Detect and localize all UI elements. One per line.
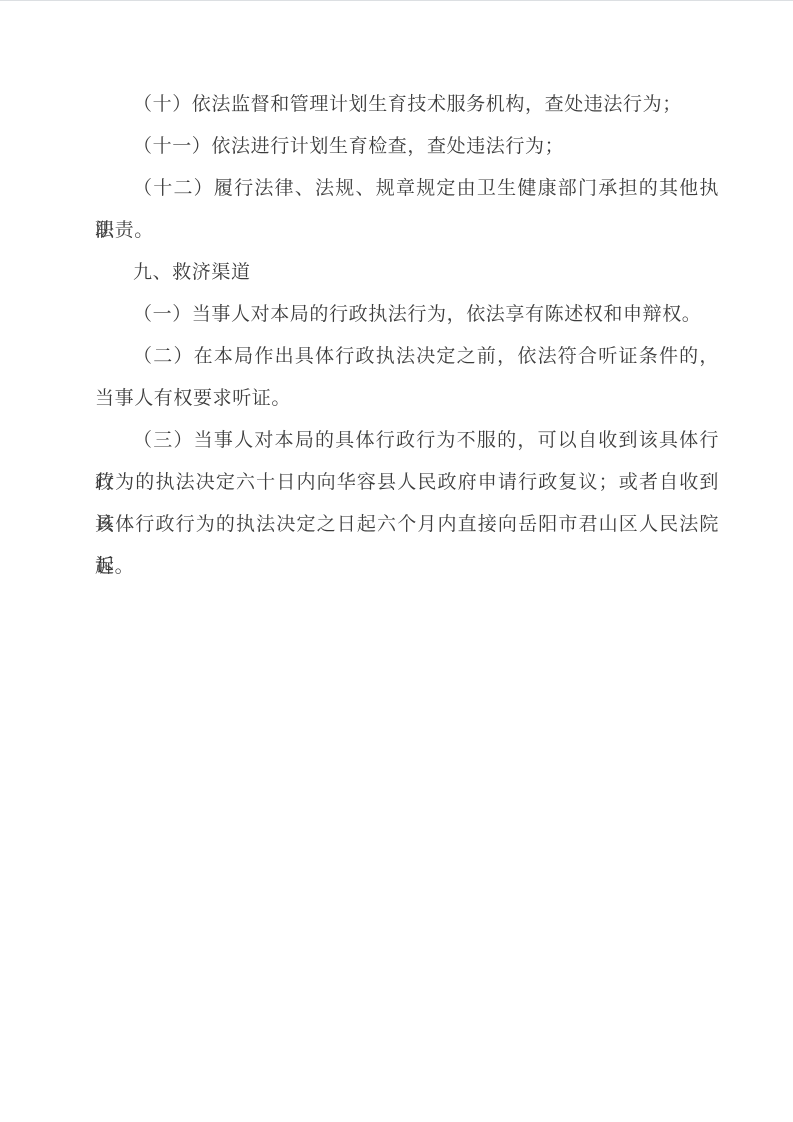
document-line: 当事人有权要求听证。 <box>95 378 719 420</box>
document-page: （十）依法监督和管理计划生育技术服务机构，查处违法行为； （十一）依法进行计划生… <box>0 0 793 1122</box>
document-line: 具体行政行为的执法决定之日起六个月内直接向岳阳市君山区人民法院起 <box>95 504 719 546</box>
document-section-heading: 九、救济渠道 <box>95 252 719 294</box>
document-line: 职责。 <box>95 210 719 252</box>
document-line: （十二）履行法律、法规、规章规定由卫生健康部门承担的其他执法 <box>95 168 719 210</box>
document-line: （十）依法监督和管理计划生育技术服务机构，查处违法行为； <box>95 84 719 126</box>
document-line: （一）当事人对本局的行政执法行为，依法享有陈述权和申辩权。 <box>95 294 719 336</box>
document-line: 诉。 <box>95 546 719 588</box>
document-line: （二）在本局作出具体行政执法决定之前，依法符合听证条件的， <box>95 336 719 378</box>
document-text-block: （十）依法监督和管理计划生育技术服务机构，查处违法行为； （十一）依法进行计划生… <box>95 84 719 588</box>
document-line: （十一）依法进行计划生育检查，查处违法行为； <box>95 126 719 168</box>
document-line: 行为的执法决定六十日内向华容县人民政府申请行政复议；或者自收到该 <box>95 462 719 504</box>
document-line: （三）当事人对本局的具体行政行为不服的，可以自收到该具体行政 <box>95 420 719 462</box>
